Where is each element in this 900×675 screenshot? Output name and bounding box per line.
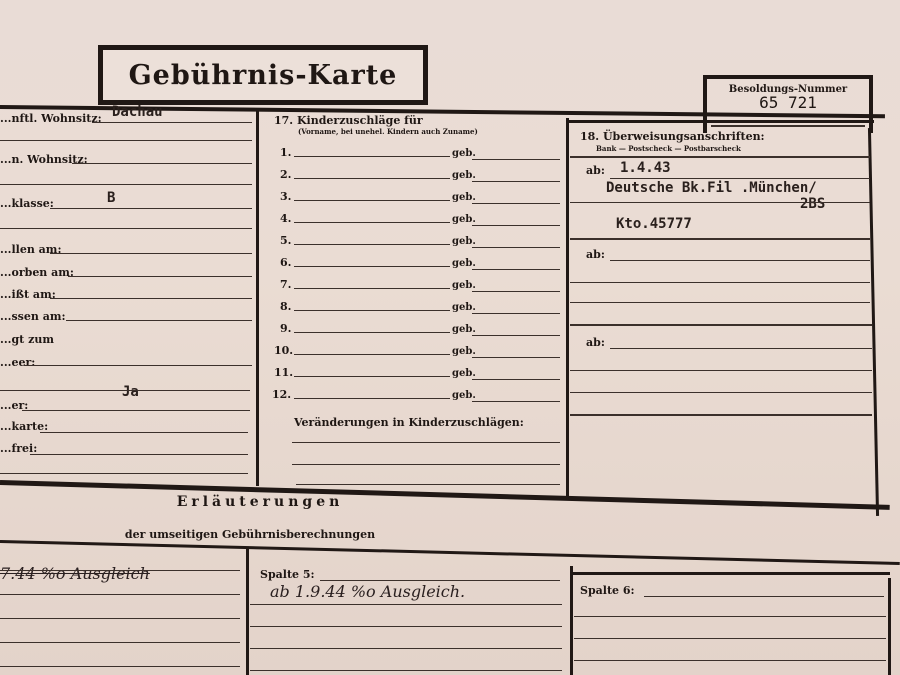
field-line[interactable] <box>570 392 872 393</box>
field-line <box>0 473 248 474</box>
field-label: ...klasse: <box>0 197 54 210</box>
field-line <box>72 163 252 164</box>
field-label: ...n. Wohnsitz: <box>0 153 88 166</box>
besoldung-number: 65 721 <box>707 95 869 111</box>
personal-data-panel: ...nftl. Wohnsitz: Dachau ...n. Wohnsitz… <box>0 100 256 480</box>
field-value-class[interactable]: B <box>107 190 115 206</box>
child-row[interactable]: 12.geb. <box>260 386 566 408</box>
child-row[interactable]: 11.geb. <box>260 364 566 386</box>
column-6-label: Spalte 6: <box>580 584 635 597</box>
field-line <box>610 178 870 179</box>
field-label: ...nftl. Wohnsitz: <box>0 112 102 125</box>
explanation-column-6: Spalte 6: <box>574 576 888 675</box>
divider <box>570 156 870 158</box>
field-line <box>24 365 252 366</box>
explanations-subtitle: der umseitigen Gebührnisberechnungen <box>0 528 500 541</box>
child-rows: 1.geb. 2.geb. 3.geb. 4.geb. 5.geb. 6.geb… <box>260 144 566 408</box>
field-line <box>50 298 252 299</box>
field-line <box>92 122 252 123</box>
field-line[interactable] <box>570 282 870 283</box>
child-row[interactable]: 5.geb. <box>260 232 566 254</box>
field-line <box>30 454 248 455</box>
child-row[interactable]: 7.geb. <box>260 276 566 298</box>
bank-branch-code[interactable]: 2BS <box>800 196 825 212</box>
transfer-date[interactable]: 1.4.43 <box>620 160 671 176</box>
field-line[interactable] <box>610 348 872 349</box>
field-line <box>50 208 252 209</box>
child-row[interactable]: 9.geb. <box>260 320 566 342</box>
field-line <box>0 228 252 229</box>
divider <box>570 566 573 675</box>
section-18-heading: 18. Überweisungsanschriften: <box>580 130 765 143</box>
field-line <box>66 320 252 321</box>
transfer-address-panel: 18. Überweisungsanschriften: Bank — Post… <box>570 122 872 512</box>
child-row[interactable]: 8.geb. <box>260 298 566 320</box>
handwritten-note[interactable]: ab 1.9.44 %o Ausgleich. <box>270 582 465 601</box>
field-label: ...gt zum <box>0 333 54 346</box>
field-line <box>570 202 870 203</box>
child-row[interactable]: 4.geb. <box>260 210 566 232</box>
ab-label: ab: <box>586 164 605 177</box>
child-row[interactable]: 3.geb. <box>260 188 566 210</box>
explanations-title: Erläuterungen <box>0 494 520 510</box>
divider <box>570 238 870 240</box>
column-5-label: Spalte 5: <box>260 568 315 581</box>
field-line[interactable] <box>292 464 560 465</box>
ab-label: ab: <box>586 336 605 349</box>
card-title: Gebührnis-Karte <box>129 60 398 91</box>
child-row[interactable]: 1.geb. <box>260 144 566 166</box>
field-line[interactable] <box>570 302 870 303</box>
divider <box>246 548 249 675</box>
divider <box>570 324 872 326</box>
ab-label: ab: <box>586 248 605 261</box>
field-label: ...llen am: <box>0 243 62 256</box>
account-number[interactable]: Kto.45777 <box>616 216 692 232</box>
field-value-residence[interactable]: Dachau <box>112 104 163 120</box>
child-row[interactable]: 10.geb. <box>260 342 566 364</box>
field-line <box>0 184 252 185</box>
field-line[interactable] <box>610 260 870 261</box>
section-17-heading: 17. Kinderzuschläge für <box>274 114 423 127</box>
field-label: ...orben am: <box>0 266 74 279</box>
child-row[interactable]: 2.geb. <box>260 166 566 188</box>
card-title-box: Gebührnis-Karte <box>98 45 428 105</box>
field-line <box>68 276 252 277</box>
explanation-column-5: Spalte 5: ab 1.9.44 %o Ausgleich. <box>250 560 568 675</box>
field-line <box>0 140 252 141</box>
changes-label: Veränderungen in Kinderzuschlägen: <box>294 416 524 429</box>
divider <box>256 108 259 486</box>
divider <box>570 414 872 416</box>
section-17-subheading: (Vorname, bei unehel. Kindern auch Zunam… <box>298 127 478 136</box>
bank-name[interactable]: Deutsche Bk.Fil .München/ <box>606 180 817 196</box>
child-row[interactable]: 6.geb. <box>260 254 566 276</box>
field-line <box>0 390 250 391</box>
field-line <box>22 410 250 411</box>
field-line <box>40 432 248 433</box>
field-line <box>50 253 252 254</box>
explanation-column-4: 7.44 %o Ausgleich <box>0 548 246 675</box>
child-allowance-panel: 17. Kinderzuschläge für (Vorname, bei un… <box>260 110 566 490</box>
divider <box>566 118 569 500</box>
field-line[interactable] <box>570 370 872 371</box>
field-label: ...eer: <box>0 356 35 369</box>
divider <box>570 572 890 575</box>
field-value-ja[interactable]: Ja <box>122 384 139 400</box>
field-label: ...ißt am: <box>0 288 56 301</box>
field-line[interactable] <box>296 484 560 485</box>
divider <box>888 578 891 675</box>
field-label: ...ssen am: <box>0 310 66 323</box>
handwritten-note-struck: 7.44 %o Ausgleich <box>0 564 150 583</box>
section-18-subheading: Bank — Postscheck — Postbarscheck <box>596 144 741 153</box>
field-line[interactable] <box>292 442 560 443</box>
